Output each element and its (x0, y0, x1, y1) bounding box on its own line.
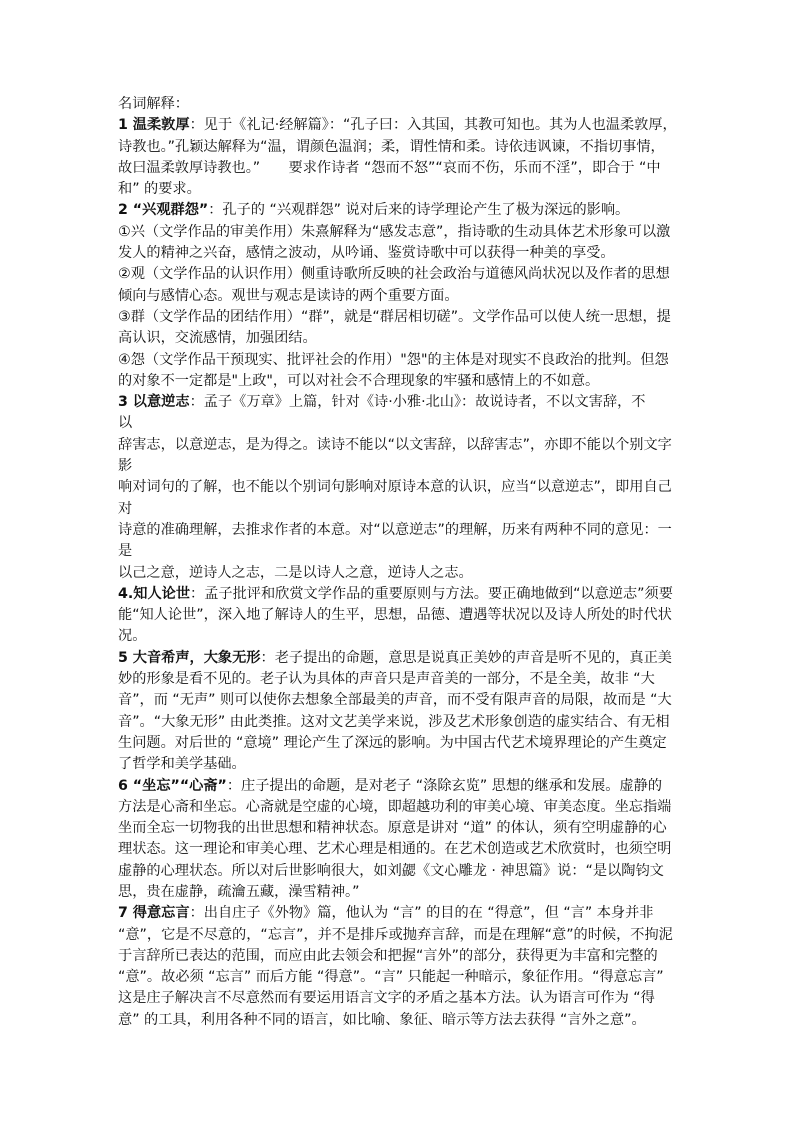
text-line: 诗意的准确理解，去推求作者的本意。对“以意逆志”的理解，历来有两种不同的意见：一 (118, 520, 678, 541)
text-line: 的对象不一定都是"上政"，可以对社会不合理现象的牢骚和感情上的不如意。 (118, 371, 678, 392)
text-line: ②观（文学作品的认识作用）侧重诗歌所反映的社会政治与道德风尚状况以及作者的思想 (118, 264, 678, 285)
text-line: 坐而全忘一切物我的出世思想和精神状态。原意是讲对 “道” 的体认，须有空明虚静的… (118, 818, 678, 839)
text-line: 是 (118, 541, 678, 562)
text-line: 于言辞所已表达的范围，而应由此去领会和把握“言外”的部分，获得更为丰富和完整的 (118, 946, 678, 967)
text-line: 理状态。这一理论和审美心理、艺术心理是相通的。在艺术创造或艺术欣赏时，也须空明 (118, 839, 678, 860)
line-text: ：孔子的 “兴观群怨” 说对后来的诗学理论产生了极为深远的影响。 (208, 202, 629, 218)
text-line: “意”。故必须 “忘言” 而后方能 “得意”。“言” 只能起一种暗示，象征作用。… (118, 967, 678, 988)
text-line: 方法是心斋和坐忘。心斋就是空虚的心境，即超越功利的审美心境、审美态度。坐忘指端 (118, 797, 678, 818)
line-text: “意”，它是不尽意的，“忘言”，并不是排斥或抛弃言辞，而是在理解“意”的时候，不… (118, 927, 673, 943)
term-title: 5 大音希声，大象无形 (118, 650, 261, 666)
line-text: 诗教也。”孔颖达解释为“温，谓颜色温润；柔，谓性情和柔。诗依违讽谏，不指切事情， (118, 139, 665, 155)
line-text: 响对词句的了解，也不能以个别词句影响对原诗本意的认识，应当“以意逆志”，即用自己 (118, 479, 672, 495)
line-text: 辞害志，以意逆志，是为得之。读诗不能以“以文害辞，以辞害志”，亦即不能以个别文字 (118, 437, 672, 453)
text-line: 对 (118, 499, 678, 520)
line-text: 发人的精神之兴奋，感情之波动，从吟诵、鉴赏诗歌中可以获得一种美的享受。 (118, 245, 615, 261)
text-line: 意” 的工具，利用各种不同的语言，如比喻、象征、暗示等方法去获得 “言外之意”。 (118, 1010, 678, 1031)
line-text: 诗意的准确理解，去推求作者的本意。对“以意逆志”的理解，历来有两种不同的意见：一 (118, 522, 672, 538)
text-line: 辞害志，以意逆志，是为得之。读诗不能以“以文害辞，以辞害志”，亦即不能以个别文字 (118, 435, 678, 456)
text-line: 这是庄子解决言不尽意然而有要运用语言文字的矛盾之基本方法。认为语言可作为 “得 (118, 988, 678, 1009)
line-text: ②观（文学作品的认识作用）侧重诗歌所反映的社会政治与道德风尚状况以及作者的思想 (118, 266, 670, 282)
line-text: ④怨（文学作品干预现实、批评社会的作用）"怨"的主体是对现实不良政治的批判。但怨 (118, 352, 669, 368)
line-text: 这是庄子解决言不尽意然而有要运用语言文字的矛盾之基本方法。认为语言可作为 “得 (118, 990, 655, 1006)
line-text: 于言辞所已表达的范围，而应由此去领会和把握“言外”的部分，获得更为丰富和完整的 (118, 948, 658, 964)
term-title: 7 得意忘言 (118, 905, 190, 921)
line-text: ：庄子提出的命题，是对老子 “涤除玄览” 思想的继承和发展。虚静的 (227, 778, 662, 794)
text-line: 思，贵在虚静，疏瀹五藏，澡雪精神。” (118, 882, 678, 903)
term-title: 3 以意逆志 (118, 394, 190, 410)
line-text: 影 (118, 458, 132, 474)
line-text: 妙的形象是看不见的。老子认为具体的声音只是声音美的一部分，不是全美，故非 “大 (118, 671, 655, 687)
document-page: 名词解释： 1 温柔敦厚：见于《礼记·经解篇》：“孔子曰：入其国，其教可知也。其… (118, 94, 678, 1031)
term-title: 1 温柔敦厚 (118, 117, 190, 133)
line-text: ：孟子批评和欣赏文学作品的重要原则与方法。要正确地做到“以意逆志”须要 (190, 586, 673, 602)
text-line: 响对词句的了解，也不能以个别词句影响对原诗本意的认识，应当“以意逆志”，即用自己 (118, 477, 678, 498)
document-heading: 名词解释： (118, 94, 678, 115)
text-line: 倾向与感情心态。观世与观志是读诗的两个重要方面。 (118, 286, 678, 307)
term-title: 6 “坐忘”“心斋” (118, 778, 227, 794)
text-line: 音”。“大象无形” 由此类推。这对文艺美学来说，涉及艺术形象创造的虚实结合、有无… (118, 712, 678, 733)
line-text: 是 (118, 543, 132, 559)
text-line: 以己之意，逆诗人之志，二是以诗人之意，逆诗人之志。 (118, 563, 678, 584)
line-text: 音”。“大象无形” 由此类推。这对文艺美学来说，涉及艺术形象创造的虚实结合、有无… (118, 714, 670, 730)
line-text: “意”。故必须 “忘言” 而后方能 “得意”。“言” 只能起一种暗示，象征作用。… (118, 969, 664, 985)
text-line: 能“知人论世”，深入地了解诗人的生平，思想，品德、遭遇等状况以及诗人所处的时代状 (118, 605, 678, 626)
text-line: 发人的精神之兴奋，感情之波动，从吟诵、鉴赏诗歌中可以获得一种美的享受。 (118, 243, 678, 264)
text-line: 况。 (118, 626, 678, 647)
line-text: 况。 (118, 628, 146, 644)
document-body: 1 温柔敦厚：见于《礼记·经解篇》：“孔子曰：入其国，其教可知也。其为人也温柔敦… (118, 115, 678, 1031)
line-text: 故曰温柔敦厚诗教也。” 要求作诗者 “怨而不怒”“哀而不伤，乐而不淫”，即合于 … (118, 160, 661, 176)
text-line: “意”，它是不尽意的，“忘言”，并不是排斥或抛弃言辞，而是在理解“意”的时候，不… (118, 925, 678, 946)
line-text: 坐而全忘一切物我的出世思想和精神状态。原意是讲对 “道” 的体认，须有空明虚静的… (118, 820, 667, 836)
text-line: 4.知人论世：孟子批评和欣赏文学作品的重要原则与方法。要正确地做到“以意逆志”须… (118, 584, 678, 605)
text-line: 生问题。对后世的 “意境” 理论产生了深远的影响。为中国古代艺术境界理论的产生奠… (118, 733, 678, 754)
line-text: 音”，而 “无声” 则可以使你去想象全部最美的声音，而不受有限声音的局限，故而是… (118, 692, 672, 708)
text-line: 7 得意忘言：出自庄子《外物》篇，他认为 “言” 的目的在 “得意”，但 “言”… (118, 903, 678, 924)
text-line: 音”，而 “无声” 则可以使你去想象全部最美的声音，而不受有限声音的局限，故而是… (118, 690, 678, 711)
text-line: 妙的形象是看不见的。老子认为具体的声音只是声音美的一部分，不是全美，故非 “大 (118, 669, 678, 690)
line-text: 高认识，交流感情，加强团结。 (118, 330, 317, 346)
line-text: 和” 的要求。 (118, 181, 201, 197)
line-text: 以 (118, 415, 132, 431)
line-text: 对 (118, 501, 132, 517)
text-line: 高认识，交流感情，加强团结。 (118, 328, 678, 349)
text-line: 2 “兴观群怨”：孔子的 “兴观群怨” 说对后来的诗学理论产生了极为深远的影响。 (118, 200, 678, 221)
text-line: ①兴（文学作品的审美作用）朱熹解释为“感发志意”，指诗歌的生动具体艺术形象可以激 (118, 222, 678, 243)
text-line: 虚静的心理状态。所以对后世影响很大，如刘勰《文心雕龙 · 神思篇》说：“是以陶钧… (118, 861, 678, 882)
text-line: 诗教也。”孔颖达解释为“温，谓颜色温润；柔，谓性情和柔。诗依违讽谏，不指切事情， (118, 137, 678, 158)
line-text: 能“知人论世”，深入地了解诗人的生平，思想，品德、遭遇等状况以及诗人所处的时代状 (118, 607, 672, 623)
text-line: 和” 的要求。 (118, 179, 678, 200)
line-text: 意” 的工具，利用各种不同的语言，如比喻、象征、暗示等方法去获得 “言外之意”。 (118, 1012, 646, 1028)
text-line: 故曰温柔敦厚诗教也。” 要求作诗者 “怨而不怒”“哀而不伤，乐而不淫”，即合于 … (118, 158, 678, 179)
line-text: 的对象不一定都是"上政"，可以对社会不合理现象的牢骚和感情上的不如意。 (118, 373, 599, 389)
line-text: 了哲学和美学基础。 (118, 756, 246, 772)
text-line: 6 “坐忘”“心斋”：庄子提出的命题，是对老子 “涤除玄览” 思想的继承和发展。… (118, 776, 678, 797)
line-text: ：老子提出的命题，意思是说真正美妙的声音是听不见的，真正美 (261, 650, 672, 666)
line-text: 虚静的心理状态。所以对后世影响很大，如刘勰《文心雕龙 · 神思篇》说：“是以陶钧… (118, 863, 664, 879)
line-text: 以己之意，逆诗人之志，二是以诗人之意，逆诗人之志。 (118, 565, 473, 581)
text-line: 1 温柔敦厚：见于《礼记·经解篇》：“孔子曰：入其国，其教可知也。其为人也温柔敦… (118, 115, 678, 136)
line-text: ：出自庄子《外物》篇，他认为 “言” 的目的在 “得意”，但 “言” 本身并非 (190, 905, 654, 921)
line-text: ①兴（文学作品的审美作用）朱熹解释为“感发志意”，指诗歌的生动具体艺术形象可以激 (118, 224, 670, 240)
line-text: 方法是心斋和坐忘。心斋就是空虚的心境，即超越功利的审美心境、审美态度。坐忘指端 (118, 799, 671, 815)
term-title: 4.知人论世 (118, 586, 190, 602)
line-text: 倾向与感情心态。观世与观志是读诗的两个重要方面。 (118, 288, 459, 304)
line-text: ③群（文学作品的团结作用）“群”，就是“群居相切磋”。文学作品可以使人统一思想，… (118, 309, 671, 325)
line-text: 理状态。这一理论和审美心理、艺术心理是相通的。在艺术创造或艺术欣赏时，也须空明 (118, 841, 671, 857)
line-text: ：孟子《万章》上篇，针对《诗·小雅·北山》：故说诗者，不以文害辞，不 (190, 394, 646, 410)
text-line: 以 (118, 413, 678, 434)
term-title: 2 “兴观群怨” (118, 202, 208, 218)
text-line: 了哲学和美学基础。 (118, 754, 678, 775)
text-line: 3 以意逆志：孟子《万章》上篇，针对《诗·小雅·北山》：故说诗者，不以文害辞，不 (118, 392, 678, 413)
line-text: ：见于《礼记·经解篇》：“孔子曰：入其国，其教可知也。其为人也温柔敦厚， (190, 117, 677, 133)
text-line: ④怨（文学作品干预现实、批评社会的作用）"怨"的主体是对现实不良政治的批判。但怨 (118, 350, 678, 371)
text-line: 影 (118, 456, 678, 477)
text-line: ③群（文学作品的团结作用）“群”，就是“群居相切磋”。文学作品可以使人统一思想，… (118, 307, 678, 328)
text-line: 5 大音希声，大象无形：老子提出的命题，意思是说真正美妙的声音是听不见的，真正美 (118, 648, 678, 669)
line-text: 思，贵在虚静，疏瀹五藏，澡雪精神。” (118, 884, 359, 900)
line-text: 生问题。对后世的 “意境” 理论产生了深远的影响。为中国古代艺术境界理论的产生奠… (118, 735, 667, 751)
